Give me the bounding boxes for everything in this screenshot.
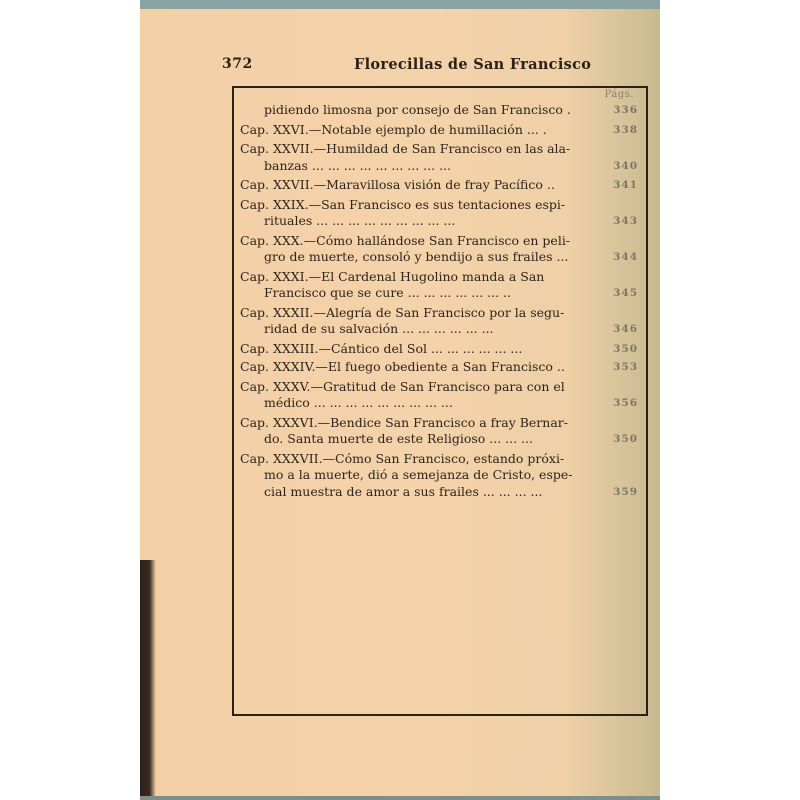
toc-entry-title: Cap. XXXVI.—Bendice San Francisco a fray… xyxy=(240,415,594,432)
toc-entry-title: Cap. XXXIV.—El fuego obediente a San Fra… xyxy=(240,359,594,376)
toc-page-number: 336 xyxy=(613,102,638,119)
toc-page-number: 353 xyxy=(613,359,638,376)
toc-entry-continuation: rituales ... ... ... ... ... ... ... ...… xyxy=(240,213,594,230)
toc-entry-continuation: cial muestra de amor a sus frailes ... .… xyxy=(240,484,594,501)
toc-page-number: 356 xyxy=(613,395,638,412)
page-header: 372 Florecillas de San Francisco xyxy=(222,56,642,80)
toc-entry-continuation: do. Santa muerte de este Religioso ... .… xyxy=(240,431,594,448)
toc-entry-title: Cap. XXX.—Cómo hallándose San Francisco … xyxy=(240,233,594,250)
toc-page-number: 346 xyxy=(613,321,638,338)
toc-entry: Cap. XXVII.—Maravillosa visión de fray P… xyxy=(240,177,644,194)
toc-entry-continuation: gro de muerte, consoló y bendijo a sus f… xyxy=(240,249,594,266)
table-of-contents-box: Págs. pidiendo limosna por consejo de Sa… xyxy=(232,86,648,716)
toc-page-number: 359 xyxy=(613,484,638,501)
toc-entry: Cap. XXXIII.—Cántico del Sol ... ... ...… xyxy=(240,341,644,358)
toc-entry: Cap. XXIX.—San Francisco es sus tentacio… xyxy=(240,197,644,230)
toc-entry-title: Cap. XXXII.—Alegría de San Francisco por… xyxy=(240,305,594,322)
toc-entry-continuation: mo a la muerte, dió a semejanza de Crist… xyxy=(240,467,594,484)
toc-entry-title: Cap. XXVII.—Humildad de San Francisco en… xyxy=(240,141,594,158)
toc-entry-title: Cap. XXXVII.—Cómo San Francisco, estando… xyxy=(240,451,594,468)
toc-entry-title: Cap. XXXV.—Gratitud de San Francisco par… xyxy=(240,379,594,396)
toc-entry-title: Cap. XXIX.—San Francisco es sus tentacio… xyxy=(240,197,594,214)
page-left-shadow xyxy=(140,560,156,800)
toc-entry-continuation: médico ... ... ... ... ... ... ... ... .… xyxy=(240,395,594,412)
toc-page-number: 350 xyxy=(613,431,638,448)
running-title: Florecillas de San Francisco xyxy=(354,56,591,73)
toc-page-number: 340 xyxy=(613,158,638,175)
toc-entry-title: pidiendo limosna por consejo de San Fran… xyxy=(240,102,594,119)
toc-list: pidiendo limosna por consejo de San Fran… xyxy=(240,99,644,500)
toc-page-number: 345 xyxy=(613,285,638,302)
toc-entry: Cap. XXXVI.—Bendice San Francisco a fray… xyxy=(240,415,644,448)
book-page: 372 Florecillas de San Francisco Págs. p… xyxy=(140,0,660,800)
toc-page-number: 350 xyxy=(613,341,638,358)
toc-entry-title: Cap. XXXIII.—Cántico del Sol ... ... ...… xyxy=(240,341,594,358)
toc-entry: Cap. XXVI.—Notable ejemplo de humillació… xyxy=(240,122,644,139)
toc-entry: Cap. XXXV.—Gratitud de San Francisco par… xyxy=(240,379,644,412)
toc-entry-continuation: Francisco que se cure ... ... ... ... ..… xyxy=(240,285,594,302)
page-number: 372 xyxy=(222,56,253,72)
toc-entry-title: Cap. XXXI.—El Cardenal Hugolino manda a … xyxy=(240,269,594,286)
page-bottom-edge xyxy=(140,796,660,800)
page-top-edge xyxy=(140,0,660,9)
toc-entry: Cap. XXVII.—Humildad de San Francisco en… xyxy=(240,141,644,174)
toc-entry: Cap. XXXVII.—Cómo San Francisco, estando… xyxy=(240,451,644,501)
toc-entry-title: Cap. XXVII.—Maravillosa visión de fray P… xyxy=(240,177,594,194)
toc-entry: pidiendo limosna por consejo de San Fran… xyxy=(240,102,644,119)
toc-entry-continuation: banzas ... ... ... ... ... ... ... ... .… xyxy=(240,158,594,175)
toc-entry-continuation: ridad de su salvación ... ... ... ... ..… xyxy=(240,321,594,338)
toc-entry: Cap. XXX.—Cómo hallándose San Francisco … xyxy=(240,233,644,266)
toc-page-number: 338 xyxy=(613,122,638,139)
toc-page-number: 344 xyxy=(613,249,638,266)
toc-page-number: 343 xyxy=(613,213,638,230)
toc-entry: Cap. XXXI.—El Cardenal Hugolino manda a … xyxy=(240,269,644,302)
toc-entry: Cap. XXXIV.—El fuego obediente a San Fra… xyxy=(240,359,644,376)
toc-entry-title: Cap. XXVI.—Notable ejemplo de humillació… xyxy=(240,122,594,139)
toc-entry: Cap. XXXII.—Alegría de San Francisco por… xyxy=(240,305,644,338)
toc-page-number: 341 xyxy=(613,177,638,194)
